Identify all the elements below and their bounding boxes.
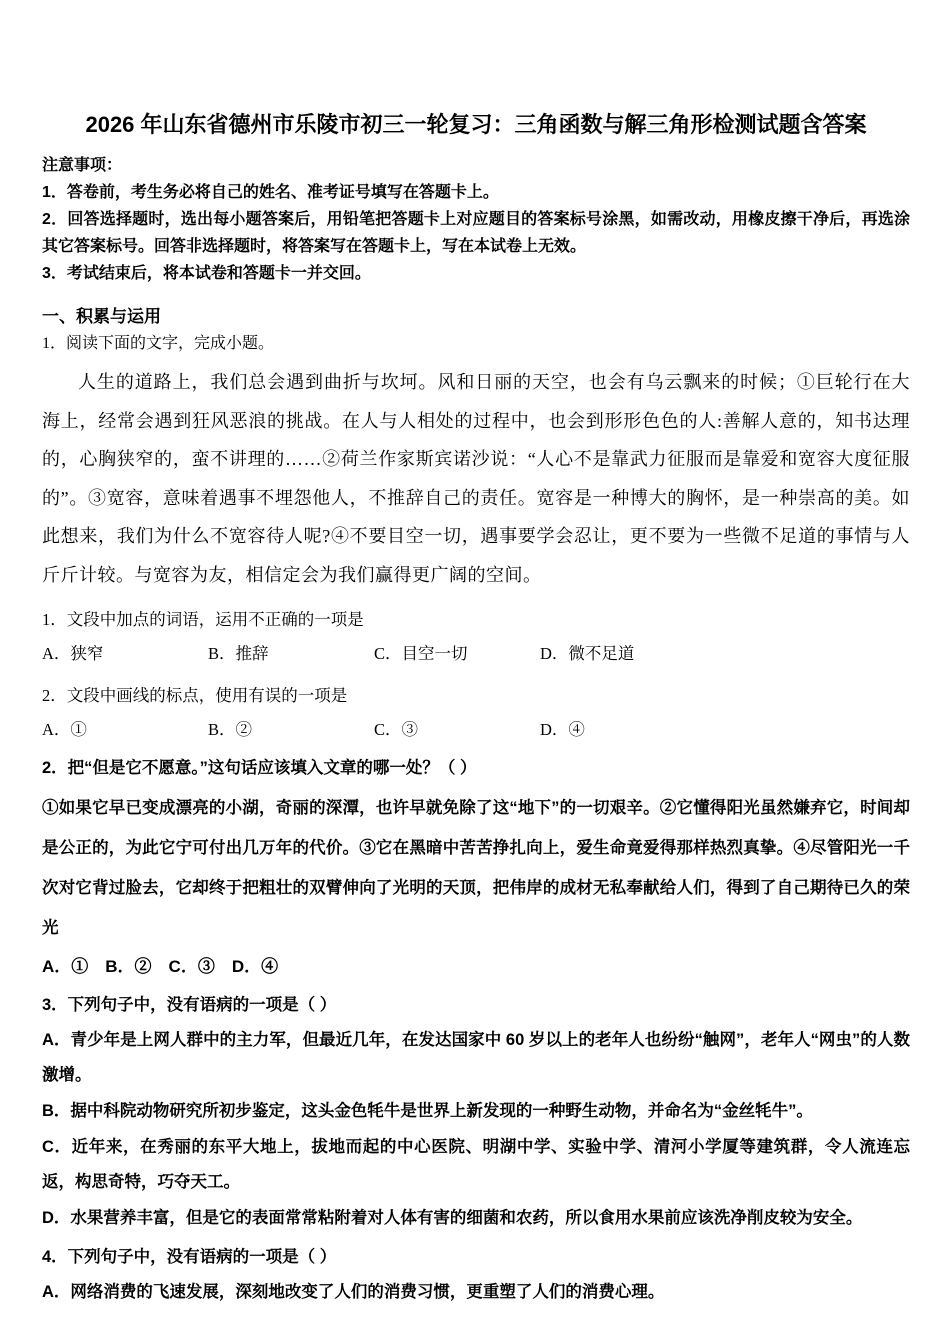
- question-3-option-a: A．青少年是上网人群中的主力军，但最近几年，在发达国家中 60 岁以上的老年人也…: [42, 1023, 910, 1093]
- question-2-block: 2．把“但是它不愿意。”这句话应该填入文章的哪一处？（ ） ①如果它早已变成漂亮…: [42, 752, 910, 984]
- notice-item-3: 3．考试结束后，将本试卷和答题卡一并交回。: [42, 260, 910, 287]
- question-4-block: 4．下列句子中，没有语病的一项是（ ） A．网络消费的飞速发展，深刻地改变了人们…: [42, 1240, 910, 1310]
- option-b: B．②: [208, 714, 374, 746]
- question-1-sub-1-stem: 1．文段中加点的词语，运用不正确的一项是: [42, 604, 910, 636]
- question-4-option-a: A．网络消费的飞速发展，深刻地改变了人们的消费习惯，更重塑了人们的消费心理。: [42, 1275, 910, 1310]
- page-title: 2026 年山东省德州市乐陵市初三一轮复习：三角函数与解三角形检测试题含答案: [42, 110, 910, 140]
- option-d: D．微不足道: [540, 638, 634, 670]
- option-a: A．①: [42, 714, 208, 746]
- option-c: C．目空一切: [374, 638, 540, 670]
- option-a: A．狭窄: [42, 638, 208, 670]
- option-d: D．④: [540, 714, 585, 746]
- option-b: B．推辞: [208, 638, 374, 670]
- question-1-intro: 1．阅读下面的文字，完成小题。: [42, 330, 910, 357]
- question-1-sub-2-stem: 2．文段中画线的标点，使用有误的一项是: [42, 680, 910, 712]
- exam-paper-page: 2026 年山东省德州市乐陵市初三一轮复习：三角函数与解三角形检测试题含答案 注…: [0, 0, 950, 1344]
- question-4-stem: 4．下列句子中，没有语病的一项是（ ）: [42, 1240, 910, 1274]
- question-3-stem: 3．下列句子中，没有语病的一项是（ ）: [42, 988, 910, 1022]
- notice-section: 注意事项： 1．答卷前，考生务必将自己的姓名、准考证号填写在答题卡上。 2．回答…: [42, 152, 910, 287]
- question-1-passage: 人生的道路上，我们总会遇到曲折与坎坷。风和日丽的天空，也会有乌云飘来的时候；①巨…: [42, 363, 910, 594]
- question-3-option-b: B．据中科院动物研究所初步鉴定，这头金色牦牛是世界上新发现的一种野生动物，并命名…: [42, 1094, 910, 1129]
- question-1-sub-1-options: A．狭窄B．推辞C．目空一切D．微不足道: [42, 638, 910, 670]
- question-2-options: A．① B．② C．③ D．④: [42, 950, 910, 984]
- section-heading: 一、积累与运用: [42, 303, 910, 330]
- question-3-option-d: D．水果营养丰富，但是它的表面常常粘附着对人体有害的细菌和农药，所以食用水果前应…: [42, 1201, 910, 1236]
- notice-heading: 注意事项：: [42, 152, 910, 179]
- question-1-sub-2-options: A．①B．②C．③D．④: [42, 714, 910, 746]
- question-3-option-c: C．近年来，在秀丽的东平大地上，拔地而起的中心医院、明湖中学、实验中学、清河小学…: [42, 1130, 910, 1200]
- question-3-block: 3．下列句子中，没有语病的一项是（ ） A．青少年是上网人群中的主力军，但最近几…: [42, 988, 910, 1236]
- question-2-stem: 2．把“但是它不愿意。”这句话应该填入文章的哪一处？（ ）: [42, 752, 910, 784]
- notice-item-1: 1．答卷前，考生务必将自己的姓名、准考证号填写在答题卡上。: [42, 179, 910, 206]
- option-c: C．③: [374, 714, 540, 746]
- question-1-block: 1．阅读下面的文字，完成小题。 人生的道路上，我们总会遇到曲折与坎坷。风和日丽的…: [42, 330, 910, 746]
- notice-item-2: 2．回答选择题时，选出每小题答案后，用铅笔把答题卡上对应题目的答案标号涂黑，如需…: [42, 206, 910, 260]
- question-2-passage: ①如果它早已变成漂亮的小湖，奇丽的深潭，也许早就免除了这“地下”的一切艰辛。②它…: [42, 788, 910, 948]
